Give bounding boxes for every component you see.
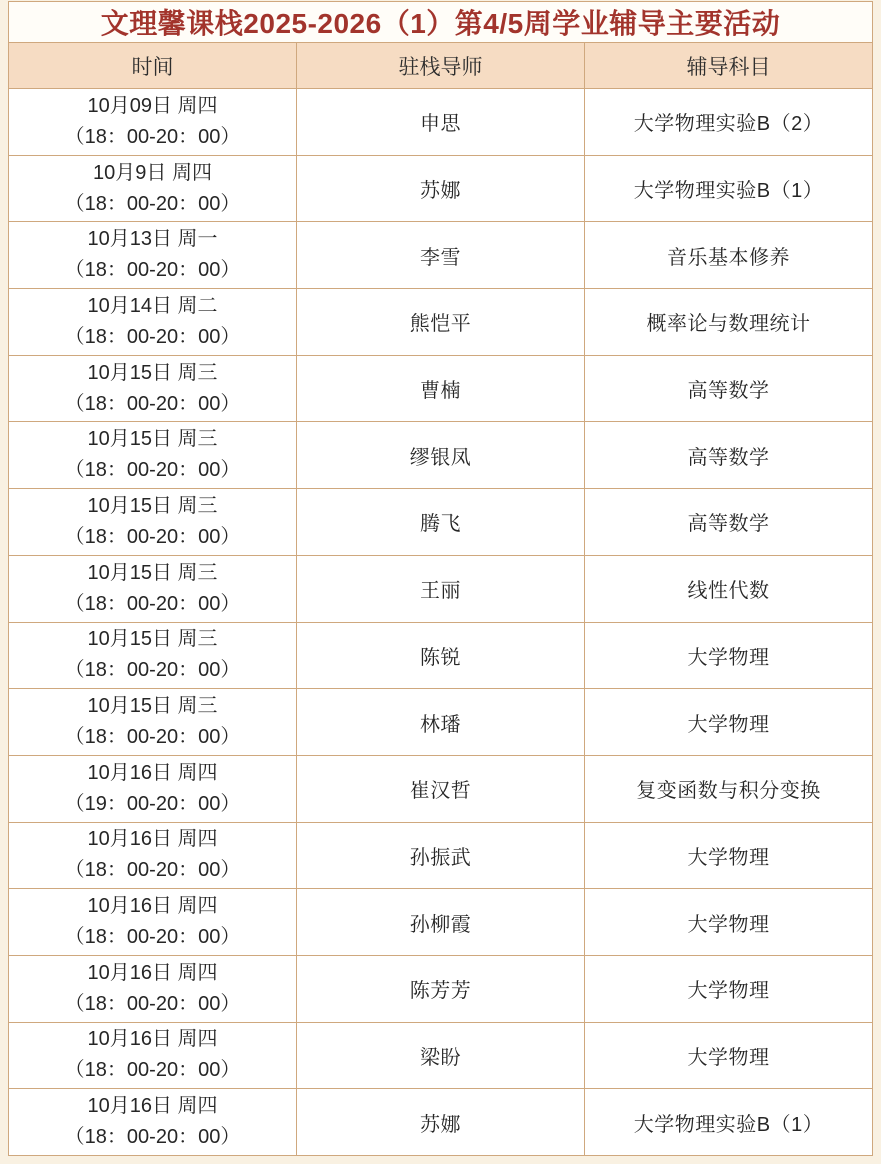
time-text: （18：00-20：00） <box>9 189 296 220</box>
time-cell: 10月14日 周二 （18：00-20：00） <box>9 289 297 356</box>
table-row: 10月15日 周三 （18：00-20：00） 林璠 大学物理 <box>9 689 873 756</box>
table-row: 10月15日 周三 （18：00-20：00） 王丽 线性代数 <box>9 555 873 622</box>
time-cell: 10月16日 周四 （19：00-20：00） <box>9 755 297 822</box>
subject-cell: 复变函数与积分变换 <box>585 755 873 822</box>
table-row: 10月14日 周二 （18：00-20：00） 熊恺平 概率论与数理统计 <box>9 289 873 356</box>
subject-cell: 大学物理实验B（1） <box>585 155 873 222</box>
date-text: 10月16日 周四 <box>9 1024 296 1055</box>
column-header-subject: 辅导科目 <box>585 43 873 89</box>
time-cell: 10月16日 周四 （18：00-20：00） <box>9 1089 297 1156</box>
subject-cell: 音乐基本修养 <box>585 222 873 289</box>
date-text: 10月09日 周四 <box>9 91 296 122</box>
date-text: 10月16日 周四 <box>9 891 296 922</box>
column-header-time: 时间 <box>9 43 297 89</box>
tutor-cell: 熊恺平 <box>297 289 585 356</box>
tutor-cell: 苏娜 <box>297 155 585 222</box>
time-cell: 10月15日 周三 （18：00-20：00） <box>9 622 297 689</box>
subject-cell: 大学物理 <box>585 622 873 689</box>
time-cell: 10月16日 周四 （18：00-20：00） <box>9 822 297 889</box>
date-text: 10月14日 周二 <box>9 291 296 322</box>
time-text: （19：00-20：00） <box>9 789 296 820</box>
subject-cell: 高等数学 <box>585 422 873 489</box>
time-cell: 10月16日 周四 （18：00-20：00） <box>9 1022 297 1089</box>
tutor-cell: 孙柳霞 <box>297 889 585 956</box>
time-cell: 10月16日 周四 （18：00-20：00） <box>9 955 297 1022</box>
table-body: 10月09日 周四 （18：00-20：00） 申思 大学物理实验B（2） 10… <box>9 89 873 1156</box>
table-row: 10月13日 周一 （18：00-20：00） 李雪 音乐基本修养 <box>9 222 873 289</box>
table-row: 10月16日 周四 （18：00-20：00） 孙振武 大学物理 <box>9 822 873 889</box>
tutor-cell: 申思 <box>297 89 585 156</box>
subject-cell: 大学物理 <box>585 889 873 956</box>
time-text: （18：00-20：00） <box>9 255 296 286</box>
subject-cell: 大学物理实验B（1） <box>585 1089 873 1156</box>
table-row: 10月09日 周四 （18：00-20：00） 申思 大学物理实验B（2） <box>9 89 873 156</box>
table-row: 10月16日 周四 （18：00-20：00） 苏娜 大学物理实验B（1） <box>9 1089 873 1156</box>
time-text: （18：00-20：00） <box>9 589 296 620</box>
time-text: （18：00-20：00） <box>9 1122 296 1153</box>
date-text: 10月15日 周三 <box>9 358 296 389</box>
time-cell: 10月15日 周三 （18：00-20：00） <box>9 689 297 756</box>
tutor-cell: 孙振武 <box>297 822 585 889</box>
time-cell: 10月15日 周三 （18：00-20：00） <box>9 422 297 489</box>
date-text: 10月15日 周三 <box>9 424 296 455</box>
schedule-table: 文理馨课栈2025-2026（1）第4/5周学业辅导主要活动 时间 驻栈导师 辅… <box>8 1 873 1156</box>
subject-cell: 高等数学 <box>585 489 873 556</box>
table-row: 10月15日 周三 （18：00-20：00） 腾飞 高等数学 <box>9 489 873 556</box>
date-text: 10月13日 周一 <box>9 224 296 255</box>
subject-cell: 大学物理 <box>585 955 873 1022</box>
time-text: （18：00-20：00） <box>9 455 296 486</box>
time-cell: 10月9日 周四 （18：00-20：00） <box>9 155 297 222</box>
table-row: 10月15日 周三 （18：00-20：00） 曹楠 高等数学 <box>9 355 873 422</box>
date-text: 10月15日 周三 <box>9 558 296 589</box>
date-text: 10月15日 周三 <box>9 491 296 522</box>
time-text: （18：00-20：00） <box>9 389 296 420</box>
time-text: （18：00-20：00） <box>9 122 296 153</box>
table-row: 10月16日 周四 （18：00-20：00） 孙柳霞 大学物理 <box>9 889 873 956</box>
page-title: 文理馨课栈2025-2026（1）第4/5周学业辅导主要活动 <box>9 2 873 43</box>
tutor-cell: 李雪 <box>297 222 585 289</box>
time-cell: 10月09日 周四 （18：00-20：00） <box>9 89 297 156</box>
time-text: （18：00-20：00） <box>9 989 296 1020</box>
tutor-cell: 苏娜 <box>297 1089 585 1156</box>
time-cell: 10月16日 周四 （18：00-20：00） <box>9 889 297 956</box>
subject-cell: 线性代数 <box>585 555 873 622</box>
schedule-page: 文理馨课栈2025-2026（1）第4/5周学业辅导主要活动 时间 驻栈导师 辅… <box>0 0 881 1164</box>
table-row: 10月16日 周四 （18：00-20：00） 梁盼 大学物理 <box>9 1022 873 1089</box>
time-text: （18：00-20：00） <box>9 322 296 353</box>
time-cell: 10月15日 周三 （18：00-20：00） <box>9 489 297 556</box>
tutor-cell: 陈芳芳 <box>297 955 585 1022</box>
time-text: （18：00-20：00） <box>9 922 296 953</box>
time-text: （18：00-20：00） <box>9 655 296 686</box>
date-text: 10月16日 周四 <box>9 758 296 789</box>
date-text: 10月16日 周四 <box>9 824 296 855</box>
subject-cell: 大学物理 <box>585 1022 873 1089</box>
subject-cell: 大学物理 <box>585 822 873 889</box>
date-text: 10月9日 周四 <box>9 158 296 189</box>
subject-cell: 大学物理 <box>585 689 873 756</box>
tutor-cell: 腾飞 <box>297 489 585 556</box>
time-cell: 10月15日 周三 （18：00-20：00） <box>9 555 297 622</box>
time-text: （18：00-20：00） <box>9 722 296 753</box>
date-text: 10月15日 周三 <box>9 624 296 655</box>
table-row: 10月15日 周三 （18：00-20：00） 缪银凤 高等数学 <box>9 422 873 489</box>
header-row: 时间 驻栈导师 辅导科目 <box>9 43 873 89</box>
tutor-cell: 崔汉哲 <box>297 755 585 822</box>
time-text: （18：00-20：00） <box>9 855 296 886</box>
subject-cell: 大学物理实验B（2） <box>585 89 873 156</box>
tutor-cell: 王丽 <box>297 555 585 622</box>
date-text: 10月16日 周四 <box>9 1091 296 1122</box>
time-cell: 10月13日 周一 （18：00-20：00） <box>9 222 297 289</box>
date-text: 10月16日 周四 <box>9 958 296 989</box>
table-row: 10月15日 周三 （18：00-20：00） 陈锐 大学物理 <box>9 622 873 689</box>
time-text: （18：00-20：00） <box>9 1055 296 1086</box>
date-text: 10月15日 周三 <box>9 691 296 722</box>
table-row: 10月16日 周四 （19：00-20：00） 崔汉哲 复变函数与积分变换 <box>9 755 873 822</box>
time-text: （18：00-20：00） <box>9 522 296 553</box>
table-row: 10月9日 周四 （18：00-20：00） 苏娜 大学物理实验B（1） <box>9 155 873 222</box>
table-row: 10月16日 周四 （18：00-20：00） 陈芳芳 大学物理 <box>9 955 873 1022</box>
tutor-cell: 林璠 <box>297 689 585 756</box>
title-row: 文理馨课栈2025-2026（1）第4/5周学业辅导主要活动 <box>9 2 873 43</box>
tutor-cell: 梁盼 <box>297 1022 585 1089</box>
subject-cell: 概率论与数理统计 <box>585 289 873 356</box>
subject-cell: 高等数学 <box>585 355 873 422</box>
column-header-tutor: 驻栈导师 <box>297 43 585 89</box>
tutor-cell: 曹楠 <box>297 355 585 422</box>
tutor-cell: 缪银凤 <box>297 422 585 489</box>
time-cell: 10月15日 周三 （18：00-20：00） <box>9 355 297 422</box>
tutor-cell: 陈锐 <box>297 622 585 689</box>
